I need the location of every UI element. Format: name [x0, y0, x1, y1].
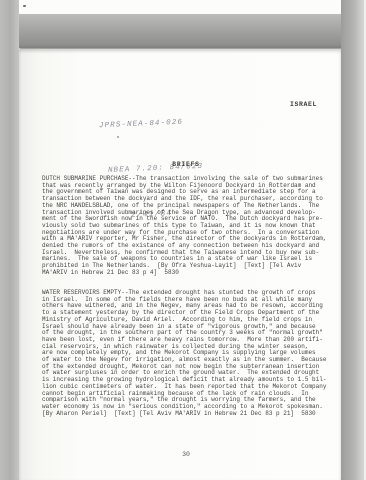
scan-top-edge-shadow: [19, 14, 347, 49]
scan-top-margin: [0, 0, 366, 14]
handwritten-line: JPRS-NEA-84-026: [99, 115, 202, 134]
brief-paragraph-dutch-submarine-purchase: DUTCH SUBMARINE PURCHASE--The transactio…: [42, 176, 326, 277]
brief-paragraph-water-reservoirs-empty: WATER RESERVOIRS EMPTY--The extended dro…: [42, 290, 326, 417]
scan-speck: [23, 5, 26, 7]
scan-right-edge-shadow: [341, 0, 364, 480]
country-label: ISRAEL: [290, 101, 317, 108]
document-page: JPRS-NEA-84-026 NBEA 7.20: 84/023 2/41/8…: [19, 49, 341, 480]
scanned-document: JPRS-NEA-84-026 NBEA 7.20: 84/023 2/41/8…: [0, 0, 366, 480]
page-number: 30: [42, 451, 330, 458]
section-heading: BRIEFS: [42, 161, 330, 168]
scan-left-edge-shadow: [0, 0, 19, 480]
